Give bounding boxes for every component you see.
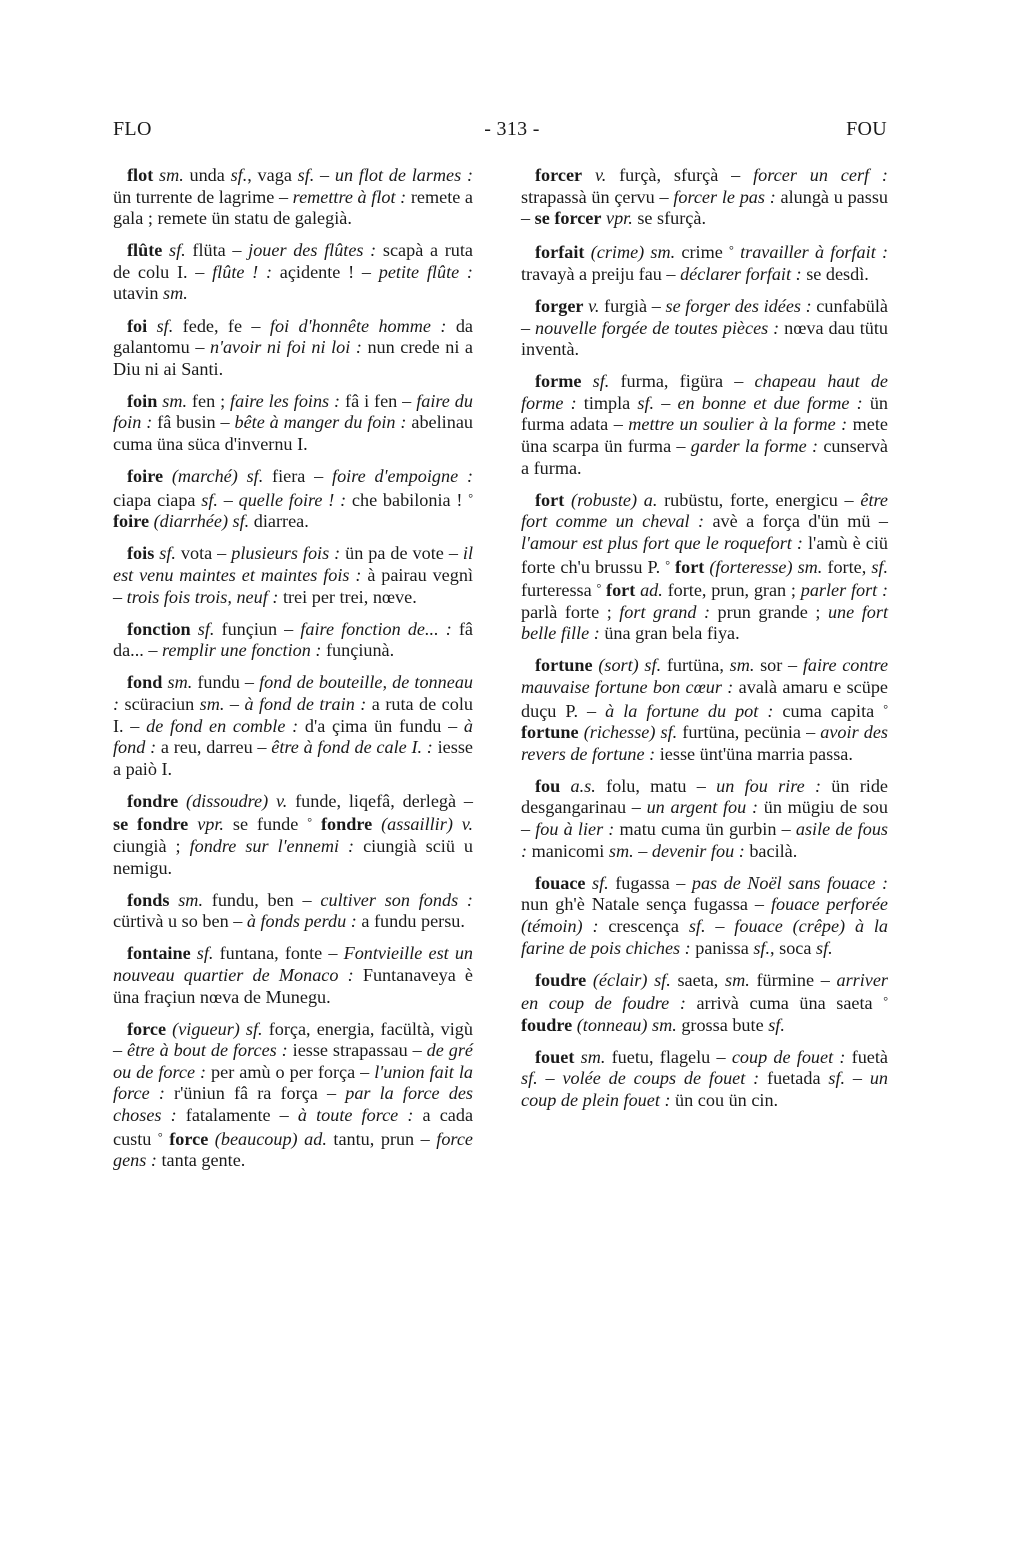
entry-headword: fortune <box>535 655 593 675</box>
entry-text: fuetada <box>759 1068 828 1088</box>
entry-text: ciapa ciapa <box>113 490 201 510</box>
entry-text: – <box>654 393 677 413</box>
entry-text: – <box>218 490 239 510</box>
entry-italic-text: mettre un soulier à la forme : <box>628 414 847 434</box>
entry-text: , vaga <box>247 165 297 185</box>
entry-text: avè a força d'ün mü – <box>704 511 888 531</box>
entry-text: furtüna, pecünia – <box>677 722 820 742</box>
entry-italic-text: remplir une fonction : <box>162 640 321 660</box>
entry-italic-text: à la fortune du pot : <box>605 701 773 721</box>
dictionary-entry: fort (robuste) a. rubüstu, forte, energi… <box>521 490 888 645</box>
entry-italic-text: sf. <box>828 1068 845 1088</box>
entry-text: per amù o per força – <box>206 1062 374 1082</box>
entry-text: arrivà cuma üna saeta <box>686 993 883 1013</box>
entry-text: iesse strapassau – <box>288 1040 427 1060</box>
entry-italic-text: à toute force : <box>298 1105 414 1125</box>
running-head-right: FOU <box>846 118 887 141</box>
entry-italic-text: un fou rire : <box>716 776 821 796</box>
entry-italic-text: jouer des flûtes : <box>248 240 376 260</box>
entry-italic-text: sf. <box>159 543 176 563</box>
entry-italic-text: fou à lier : <box>535 819 614 839</box>
entry-bold-text: fort <box>606 580 635 600</box>
right-column: forcer v. furçà, sfurçà – forcer un cerf… <box>521 165 888 1122</box>
entry-text: fâ busin – <box>152 412 234 432</box>
entry-italic-text: sf. <box>157 316 174 336</box>
entry-italic-text: vpr. <box>606 208 633 228</box>
entry-italic-text: (vigueur) sf. <box>172 1019 262 1039</box>
entry-text: üna gran bela fiya. <box>600 623 740 643</box>
entry-text: – <box>314 165 335 185</box>
entry-text: iesse ünt'üna marria passa. <box>655 744 853 764</box>
entry-italic-text: (sort) sf. <box>598 655 661 675</box>
dictionary-entry: force (vigueur) sf. força, energia, facü… <box>113 1019 473 1172</box>
dictionary-entry: forfait (crime) sm. crime ° travailler à… <box>521 240 888 285</box>
entry-italic-text: en bonne et due forme : <box>677 393 862 413</box>
entry-italic-text: sm. <box>609 841 634 861</box>
entry-italic-text: (crime) sm. <box>591 242 676 262</box>
entry-text <box>188 814 197 834</box>
entry-italic-text: sf. <box>768 1015 785 1035</box>
entry-italic-text: garder la forme : <box>691 436 818 456</box>
entry-headword: fonction <box>127 619 191 639</box>
entry-text: tantu, prun – <box>327 1129 436 1149</box>
entry-italic-text: faire les foins : <box>230 391 340 411</box>
entry-italic-text: (assaillir) v. <box>381 814 473 834</box>
entry-text: furgià – <box>599 296 665 316</box>
entry-bold-text: foudre <box>521 1015 572 1035</box>
entry-text: panissa <box>691 938 754 958</box>
entry-text: utavin <box>113 283 163 303</box>
entry-text: crime <box>675 242 729 262</box>
entry-text: tanta gente. <box>157 1150 245 1170</box>
entry-text: furma, figüra – <box>609 371 754 391</box>
entry-headword: fonds <box>127 890 169 910</box>
dictionary-entry: forcer v. furçà, sfurçà – forcer un cerf… <box>521 165 888 230</box>
dictionary-entry: fouace sf. fugassa – pas de Noël sans fo… <box>521 873 888 959</box>
entry-headword: fontaine <box>127 943 191 963</box>
entry-italic-text: faire fonction de... : <box>300 619 451 639</box>
entry-bold-text: fort <box>675 557 704 577</box>
entry-italic-text: sf. <box>871 557 888 577</box>
dictionary-entry: foudre (éclair) sf. saeta, sm. fürmine –… <box>521 970 888 1037</box>
entry-text: se funde <box>224 814 307 834</box>
entry-text: parlà forte ; <box>521 602 619 622</box>
entry-bold-text: fortune <box>521 722 579 742</box>
entry-italic-text: v. <box>588 296 599 316</box>
entry-text: funçiunà. <box>321 640 394 660</box>
entry-headword: fond <box>127 672 162 692</box>
entry-headword: foi <box>127 316 147 336</box>
entry-bold-text: fondre <box>321 814 372 834</box>
entry-text: fugassa – <box>609 873 692 893</box>
entry-italic-text: travailler à forfait : <box>740 242 888 262</box>
entry-text: fâ i fen – <box>340 391 416 411</box>
entry-text: a fundu persu. <box>357 911 465 931</box>
entry-italic-text: a.s. <box>571 776 596 796</box>
entry-text: fürmine – <box>750 970 837 990</box>
entry-italic-text: volée de coups de fouet : <box>562 1068 759 1088</box>
entry-italic-text: vpr. <box>197 814 224 834</box>
entry-text: fundu – <box>192 672 259 692</box>
entry-text: a reu, darreu – <box>156 737 271 757</box>
entry-italic-text: sf. <box>592 873 609 893</box>
dictionary-entry: foire (marché) sf. fiera – foire d'empoi… <box>113 466 473 533</box>
entry-bold-text: foire <box>113 511 149 531</box>
entry-italic-text: sm. <box>162 391 187 411</box>
entry-italic-text: quelle foire ! : <box>239 490 347 510</box>
entry-headword: fois <box>127 543 154 563</box>
entry-italic-text: n'avoir ni foi ni loi : <box>210 337 362 357</box>
dictionary-entry: fondre (dissoudre) v. funde, liqefâ, der… <box>113 791 473 879</box>
entry-italic-text: nouvelle forgée de toutes pièces : <box>535 318 779 338</box>
entry-text <box>372 814 381 834</box>
entry-italic-text: se forger des idées : <box>666 296 812 316</box>
entry-italic-text: à fond de train : <box>244 694 366 714</box>
entry-bold-text: se forcer <box>535 208 602 228</box>
sense-separator: ° <box>468 491 473 505</box>
entry-text: ün cou ün cin. <box>671 1090 779 1110</box>
entry-italic-text: sm. <box>168 672 193 692</box>
entry-italic-text: trois fois trois, neuf : <box>127 587 279 607</box>
entry-text: flüta – <box>186 240 248 260</box>
entry-italic-text: (tonneau) sm. <box>577 1015 677 1035</box>
entry-italic-text: de fond en comble : <box>146 716 298 736</box>
entry-text: fen ; <box>187 391 230 411</box>
entry-headword: flûte <box>127 240 162 260</box>
entry-bold-text: se fondre <box>113 814 188 834</box>
entry-italic-text: sm. <box>200 694 225 714</box>
dictionary-entry: flûte sf. flüta – jouer des flûtes : sca… <box>113 240 473 305</box>
dictionary-entry: fortune (sort) sf. furtüna, sm. sor – fa… <box>521 655 888 765</box>
entry-text: r'üniun fâ ra força – <box>165 1083 345 1103</box>
entry-italic-text: un flot de larmes : <box>335 165 473 185</box>
entry-italic-text: sm. <box>163 283 188 303</box>
entry-italic-text: sf. <box>298 165 315 185</box>
entry-text: crescença <box>599 916 689 936</box>
entry-text: timpla <box>577 393 638 413</box>
entry-text: strapassà ün çervu – <box>521 187 673 207</box>
entry-text: che babilonia ! <box>346 490 468 510</box>
entry-text <box>312 814 321 834</box>
entry-italic-text: sm. <box>581 1047 606 1067</box>
entry-headword: flot <box>127 165 153 185</box>
entry-headword: foudre <box>535 970 586 990</box>
entry-italic-text: sf. <box>198 619 215 639</box>
dictionary-entry: fouet sm. fuetu, flagelu – coup de fouet… <box>521 1047 888 1112</box>
entry-text: açidente ! – <box>272 262 379 282</box>
entry-text: – <box>845 1068 870 1088</box>
entry-headword: fou <box>535 776 560 796</box>
entry-italic-text: sf. <box>753 938 770 958</box>
entry-italic-text: fondre sur l'ennemi : <box>190 836 355 856</box>
sense-separator: ° <box>883 994 888 1008</box>
entry-italic-text: coup de fouet : <box>732 1047 846 1067</box>
entry-text: furçà, sfurçà – <box>606 165 753 185</box>
entry-text: scüraciun <box>119 694 200 714</box>
entry-text: cürtivà u so ben – <box>113 911 247 931</box>
entry-text: matu cuma ün gurbin – <box>614 819 795 839</box>
entry-text: funtana, fonte – <box>213 943 343 963</box>
entry-text: nun gh'è Natale sença fugassa – <box>521 894 771 914</box>
entry-text: funçiun – <box>214 619 300 639</box>
entry-text: folu, matu – <box>596 776 716 796</box>
dictionary-entry: fonction sf. funçiun – faire fonction de… <box>113 619 473 662</box>
entry-italic-text: sf. <box>201 490 218 510</box>
entry-italic-text: sm. <box>725 970 750 990</box>
entry-text: trei per trei, nœve. <box>278 587 416 607</box>
entry-text: fiera – <box>263 466 332 486</box>
entry-italic-text: v. <box>595 165 606 185</box>
entry-italic-text: cultiver son fonds : <box>320 890 473 910</box>
entry-headword: forfait <box>535 242 584 262</box>
entry-text: se sfurçà. <box>633 208 706 228</box>
dictionary-entry: fou a.s. folu, matu – un fou rire : ün r… <box>521 776 888 862</box>
entry-text: – <box>706 916 735 936</box>
entry-headword: forger <box>535 296 583 316</box>
entry-italic-text: sm. <box>159 165 184 185</box>
entry-italic-text: (éclair) sf. <box>593 970 671 990</box>
entry-text: – <box>224 694 244 714</box>
entry-headword: fouet <box>535 1047 574 1067</box>
entry-text: furtüna, <box>661 655 730 675</box>
entry-italic-text: fort grand : <box>619 602 710 622</box>
entry-italic-text: forcer le pas : <box>673 187 775 207</box>
entry-italic-text: ad. <box>640 580 663 600</box>
entry-italic-text: sf. <box>521 1068 538 1088</box>
entry-text: unda <box>184 165 231 185</box>
dictionary-entry: foin sm. fen ; faire les foins : fâ i fe… <box>113 391 473 456</box>
dictionary-entry: fonds sm. fundu, ben – cultiver son fond… <box>113 890 473 933</box>
entry-text: travayà a preiju fau – <box>521 264 680 284</box>
entry-text: forte, prun, gran ; <box>663 580 801 600</box>
entry-italic-text: (robuste) a. <box>571 490 657 510</box>
entry-italic-text: sf. <box>169 240 186 260</box>
entry-text: fuetu, flagelu – <box>605 1047 731 1067</box>
entry-italic-text: un argent fou : <box>647 797 758 817</box>
entry-headword: fouace <box>535 873 586 893</box>
left-column: flot sm. unda sf., vaga sf. – un flot de… <box>113 165 473 1182</box>
entry-italic-text: sf. <box>593 371 610 391</box>
entry-headword: fondre <box>127 791 178 811</box>
entry-italic-text: sf. <box>637 393 654 413</box>
entry-italic-text: flûte ! : <box>212 262 272 282</box>
entry-italic-text: pas de Noël sans fouace : <box>692 873 888 893</box>
entry-text: grossa bute <box>677 1015 768 1035</box>
entry-italic-text: (beaucoup) ad. <box>215 1129 327 1149</box>
entry-text: furteressa <box>521 580 596 600</box>
entry-italic-text: devenir fou : <box>652 841 745 861</box>
entry-italic-text: à fonds perdu : <box>247 911 357 931</box>
entry-italic-text: petite flûte : <box>379 262 473 282</box>
entry-headword: forcer <box>535 165 582 185</box>
entry-italic-text: sf. <box>689 916 706 936</box>
entry-italic-text: remettre à flot : <box>293 187 407 207</box>
entry-italic-text: être à bout de forces : <box>127 1040 288 1060</box>
entry-text: se desdì. <box>802 264 869 284</box>
entry-text: manicomi <box>527 841 609 861</box>
entry-italic-text: (dissoudre) v. <box>186 791 287 811</box>
entry-italic-text: l'amour est plus fort que le roquefort : <box>521 533 803 553</box>
entry-text: ün turrente de lagrime – <box>113 187 293 207</box>
entry-italic-text: parler fort : <box>801 580 888 600</box>
entry-text: , soca <box>770 938 816 958</box>
entry-italic-text: (marché) sf. <box>172 466 263 486</box>
entry-text: saeta, <box>671 970 725 990</box>
dictionary-entry: forme sf. furma, figüra – chapeau haut d… <box>521 371 888 479</box>
entry-italic-text: bête à manger du foin : <box>234 412 406 432</box>
entry-italic-text: être à fond de cale I. : <box>271 737 433 757</box>
entry-italic-text: plusieurs fois : <box>231 543 340 563</box>
entry-italic-text: sm. <box>178 890 203 910</box>
entry-text: d'a çima ün fundu – <box>298 716 464 736</box>
entry-text: fatalamente – <box>177 1105 298 1125</box>
entry-text: – <box>538 1068 563 1088</box>
entry-headword: foin <box>127 391 157 411</box>
entry-headword: foire <box>127 466 163 486</box>
entry-italic-text: (forteresse) sm. <box>709 557 822 577</box>
entry-bold-text: force <box>169 1129 208 1149</box>
sense-separator: ° <box>883 702 888 716</box>
dictionary-entry: fontaine sf. funtana, fonte – Fontvieill… <box>113 943 473 1008</box>
entry-headword: fort <box>535 490 564 510</box>
entry-text: ciungià ; <box>113 836 190 856</box>
entry-text: fuetà <box>845 1047 888 1067</box>
dictionary-entry: foi sf. fede, fe – foi d'honnête homme :… <box>113 316 473 381</box>
entry-headword: force <box>127 1019 166 1039</box>
entry-text: ün pa de vote – <box>340 543 463 563</box>
entry-italic-text: déclarer forfait : <box>680 264 802 284</box>
entry-text: rubüstu, forte, energicu – <box>657 490 860 510</box>
entry-italic-text: (richesse) sf. <box>584 722 677 742</box>
dictionary-entry: fois sf. vota – plusieurs fois : ün pa d… <box>113 543 473 608</box>
entry-text: forte, <box>822 557 871 577</box>
entry-text: vota – <box>176 543 231 563</box>
entry-italic-text: sm. <box>730 655 755 675</box>
sense-separator: ° <box>158 1130 163 1144</box>
entry-text: cuma capita <box>773 701 883 721</box>
dictionary-entry: forger v. furgià – se forger des idées :… <box>521 296 888 361</box>
dictionary-entry: fond sm. fundu – fond de bouteille, de t… <box>113 672 473 780</box>
entry-italic-text: foire d'empoigne : <box>332 466 473 486</box>
entry-text: – <box>634 841 652 861</box>
entry-text: diarrea. <box>249 511 309 531</box>
entry-text: prun grande ; <box>710 602 828 622</box>
entry-text: bacilà. <box>745 841 798 861</box>
entry-text: fundu, ben – <box>203 890 320 910</box>
dictionary-entry: flot sm. unda sf., vaga sf. – un flot de… <box>113 165 473 230</box>
entry-headword: forme <box>535 371 581 391</box>
entry-text: funde, liqefâ, derlegà – <box>287 791 473 811</box>
entry-italic-text: sf. <box>816 938 833 958</box>
entry-text: fede, fe – <box>173 316 270 336</box>
entry-italic-text: sf. <box>231 165 248 185</box>
entry-text: sor – <box>754 655 802 675</box>
entry-italic-text: (diarrhée) sf. <box>154 511 250 531</box>
entry-italic-text: foi d'honnête homme : <box>270 316 447 336</box>
entry-italic-text: sf. <box>197 943 214 963</box>
entry-italic-text: forcer un cerf : <box>753 165 888 185</box>
